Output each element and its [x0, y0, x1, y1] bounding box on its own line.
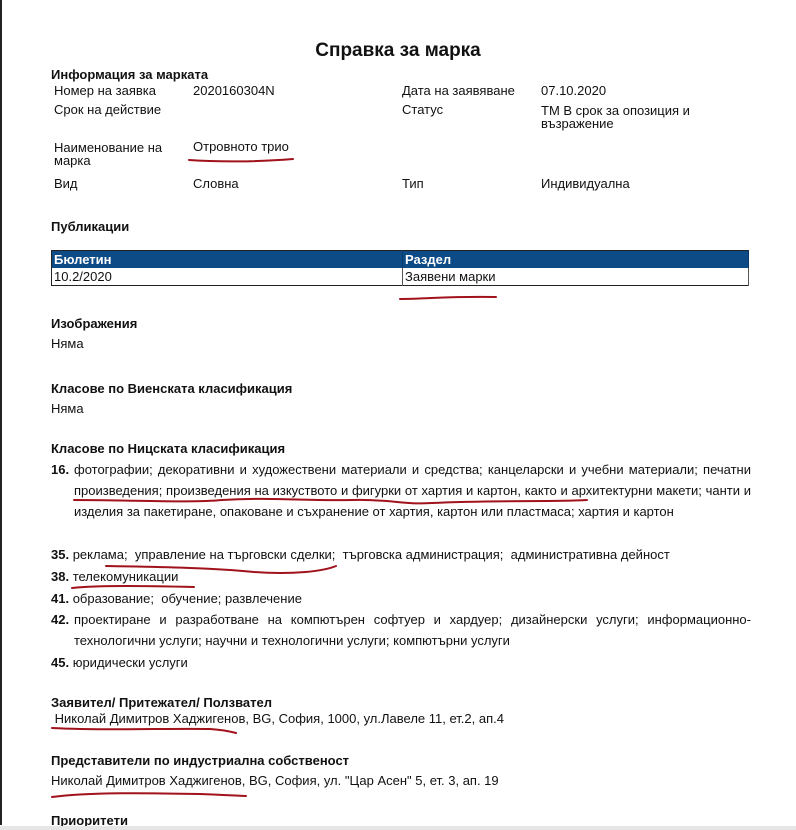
bulletin-cell: 10.2/2020	[52, 268, 403, 286]
mark-name-label-line2: марка	[54, 154, 91, 167]
nice-class-42: 42. проектиране и разработване на компют…	[51, 609, 751, 651]
vienna-value: Няма	[51, 401, 84, 416]
status-label: Статус	[402, 102, 443, 117]
nice-heading: Класове по Ницската класификация	[51, 441, 285, 456]
nice-class-16: 16. фотографии; декоративни и художестве…	[51, 459, 751, 522]
table-row: 10.2/2020 Заявени марки	[52, 268, 749, 286]
type-value: Индивидуална	[541, 176, 630, 191]
handwritten-underline-mark-name	[187, 156, 297, 164]
column-header-bulletin: Бюлетин	[52, 251, 403, 269]
publications-header-row: Бюлетин Раздел	[52, 251, 749, 269]
representatives-value: Николай Димитров Хаджигенов, BG, София, …	[51, 773, 499, 788]
nice-class-number: 35.	[51, 544, 69, 565]
column-header-section: Раздел	[403, 251, 749, 269]
representatives-heading: Представители по индустриална собственос…	[51, 753, 349, 768]
images-value: Няма	[51, 336, 84, 351]
status-value-line2: възражение	[541, 117, 614, 130]
publications-table: Бюлетин Раздел 10.2/2020 Заявени марки	[51, 250, 749, 286]
nice-class-45: 45. юридически услуги	[51, 652, 751, 673]
page-title: Справка за марка	[0, 40, 796, 62]
handwritten-underline-representative	[50, 790, 250, 800]
validity-label: Срок на действие	[54, 102, 161, 117]
mark-name-value: Отровното трио	[193, 139, 289, 154]
application-number-label: Номер на заявка	[54, 83, 156, 98]
nice-class-41: 41. образование; обучение; развлечение	[51, 588, 751, 609]
section-cell: Заявени марки	[403, 268, 749, 286]
type-label: Тип	[402, 176, 424, 191]
nice-class-text: образование; обучение; развлечение	[73, 591, 302, 606]
nice-class-text: проектиране и разработване на компютърен…	[74, 609, 751, 651]
nice-class-35: 35. реклама; управление на търговски сде…	[51, 544, 751, 565]
application-number-value: 2020160304N	[193, 83, 275, 98]
handwritten-underline-section	[398, 294, 502, 302]
applicant-heading: Заявител/ Притежател/ Ползвател	[51, 695, 272, 710]
filing-date-label: Дата на заявяване	[402, 83, 515, 98]
nice-class-number: 45.	[51, 652, 69, 673]
window-bottom-edge	[0, 826, 796, 830]
images-heading: Изображения	[51, 316, 137, 331]
nice-class-text: телекомуникации	[73, 569, 179, 584]
nice-class-text: юридически услуги	[73, 655, 188, 670]
kind-value: Словна	[193, 176, 239, 191]
nice-class-number: 42.	[51, 609, 74, 651]
publications-heading: Публикации	[51, 219, 129, 234]
vienna-heading: Класове по Виенската класификация	[51, 381, 292, 396]
nice-class-38: 38. телекомуникации	[51, 566, 751, 587]
nice-class-number: 16.	[51, 459, 74, 522]
applicant-value: Николай Димитров Хаджигенов, BG, София, …	[51, 711, 504, 726]
info-heading: Информация за марката	[51, 67, 208, 82]
page-left-border	[0, 0, 2, 825]
nice-class-number: 38.	[51, 566, 69, 587]
filing-date-value: 07.10.2020	[541, 83, 606, 98]
nice-class-text: фотографии; декоративни и художествени м…	[74, 459, 751, 522]
handwritten-underline-applicant	[50, 725, 240, 735]
nice-class-text: реклама; управление на търговски сделки;…	[73, 547, 670, 562]
kind-label: Вид	[54, 176, 78, 191]
nice-class-number: 41.	[51, 588, 69, 609]
